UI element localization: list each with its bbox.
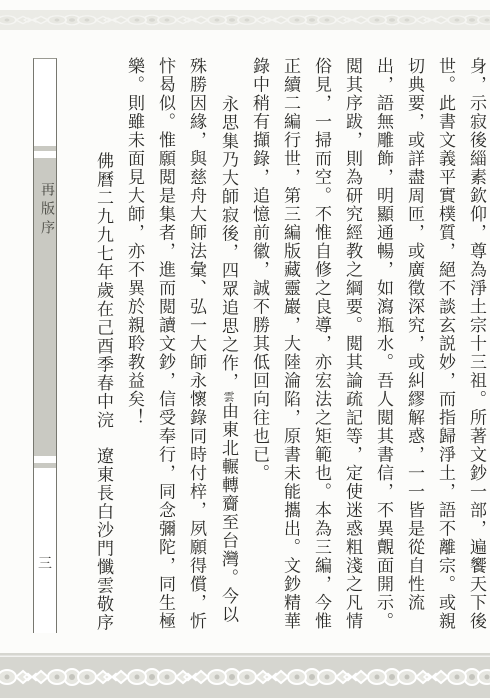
text-segment: 永思集乃大師寂後，四眾追思之作，: [219, 95, 238, 391]
text-column: 正續二編行世，第三編版藏靈巖，大陸淪陷，原書未能攜出。文鈔精華: [281, 57, 300, 649]
page-number: 三: [34, 553, 56, 573]
colophon-column: 佛曆二九九七年歲在己酉季春中浣遼東長白沙門懺雲敬序: [94, 57, 113, 649]
text-column: 俗見，一掃而空。不惟自修之良導，亦宏法之矩範也。本為三編，今惟: [312, 57, 331, 649]
text-column: 永思集乃大師寂後，四眾追思之作，雲由東北輾轉齎至台灣。今以: [218, 57, 238, 649]
text-block: 身，示寂後緇素欽仰，尊為淨土宗十三祖。所著文鈔一部，遍饗天下後 世。此書文義平實…: [74, 57, 486, 649]
ornament-top-line: [0, 656, 490, 658]
top-ornament-border: [0, 10, 490, 30]
text-column: 忭曷似。惟願閲是集者，進而閲讀文鈔，信受奉行，同念彌陀，同生極: [156, 57, 175, 649]
text-segment: 由東北輾轉齎至台灣。今以: [219, 402, 238, 624]
text-column: 出，語無雕飾，明顯通暢，如瀉瓶水。吾人閲其書信，不異覿面開示。: [374, 57, 393, 649]
colophon-date: 佛曆二九九七年歲在己酉季春中浣: [94, 152, 113, 430]
colophon-signature: 遼東長白沙門懺雲敬序: [94, 447, 113, 632]
text-column: 身，示寂後緇素欽仰，尊為淨土宗十三祖。所著文鈔一部，遍饗天下後: [467, 57, 486, 649]
bottom-ornament-border: [0, 653, 490, 698]
text-column: 閲其序跋，則為研究經教之綱要。閲其論疏記等，定使迷惑粗淺之凡情: [343, 57, 362, 649]
margin-strip: 再版序 三: [33, 58, 57, 633]
text-column: 世。此書文義平實樸質，絕不談玄説妙，而指歸淨土，語不離宗。或親: [436, 57, 455, 649]
chapter-title-label: 再版序: [34, 182, 56, 239]
inline-small-note: 雲: [222, 391, 234, 402]
strip-divider: [34, 463, 56, 468]
text-column: 錄中稍有擷錄，追憶前徽，誠不勝其低回向往也已。: [250, 57, 269, 649]
text-column: 樂。則雖未面見大師，亦不異於親聆教益矣！: [125, 57, 144, 649]
strip-shaded-section: 再版序: [34, 158, 56, 456]
text-column: 殊勝因緣，與慈舟大師法彙、弘一大師永懷錄同時付梓，夙願得償，忻: [187, 57, 206, 649]
strip-divider: [34, 146, 56, 151]
text-column: 切典要，或詳盡周匝，或廣徵深究，或糾繆解惑，一一皆是從自性流: [405, 57, 424, 649]
